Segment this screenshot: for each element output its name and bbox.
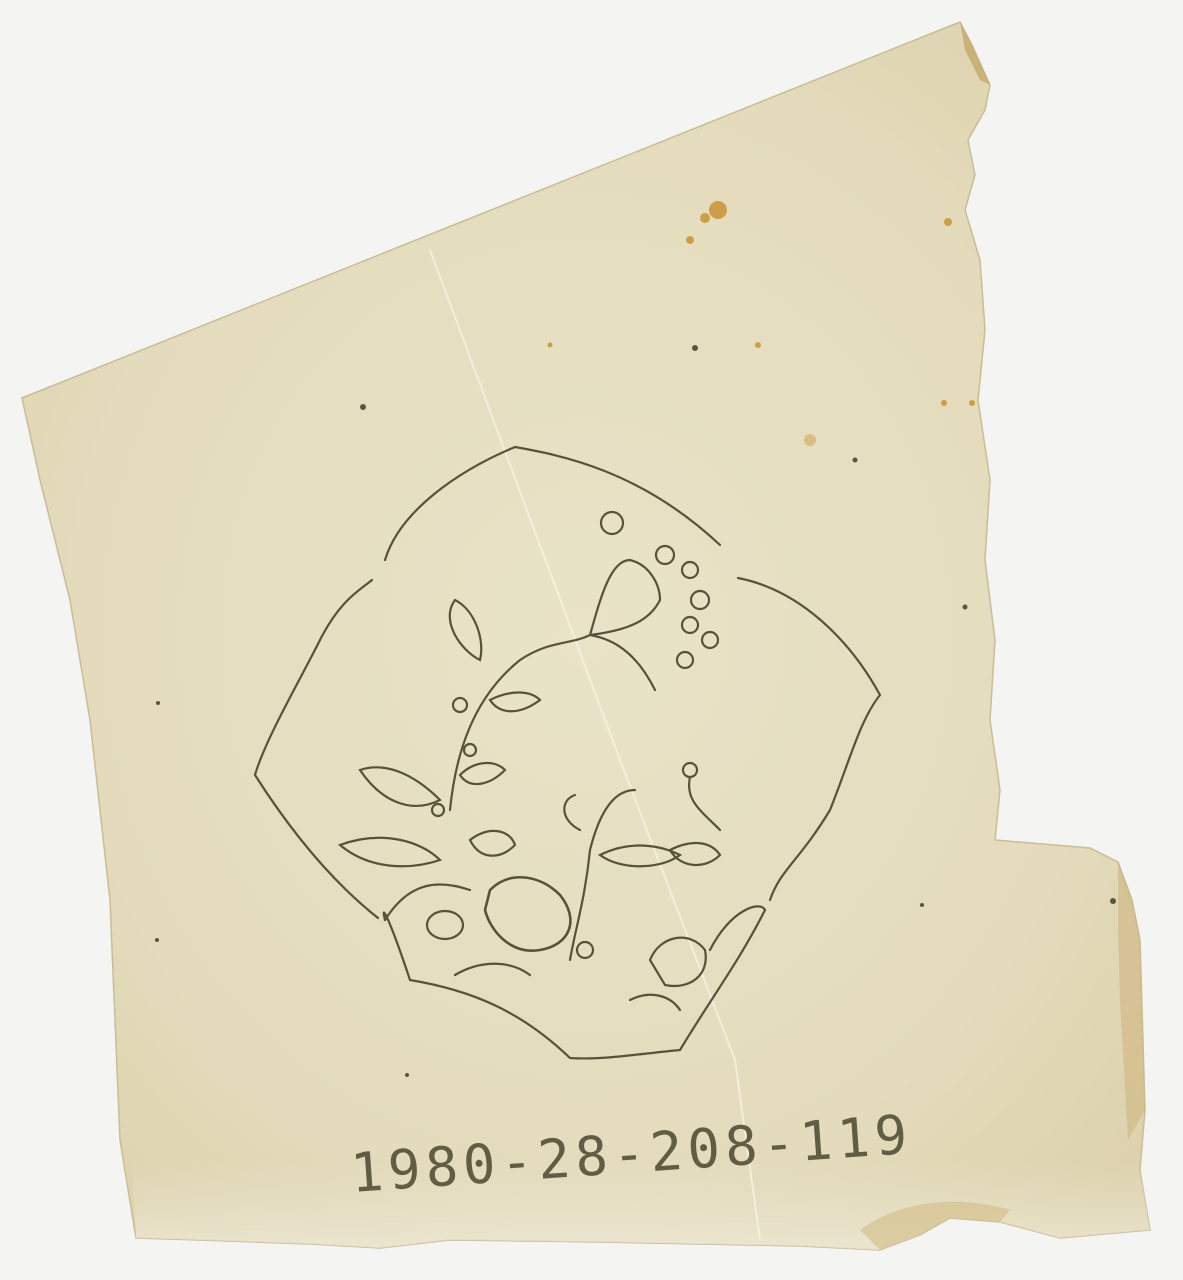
- photo-scene: 1980-28-208-119: [0, 0, 1183, 1280]
